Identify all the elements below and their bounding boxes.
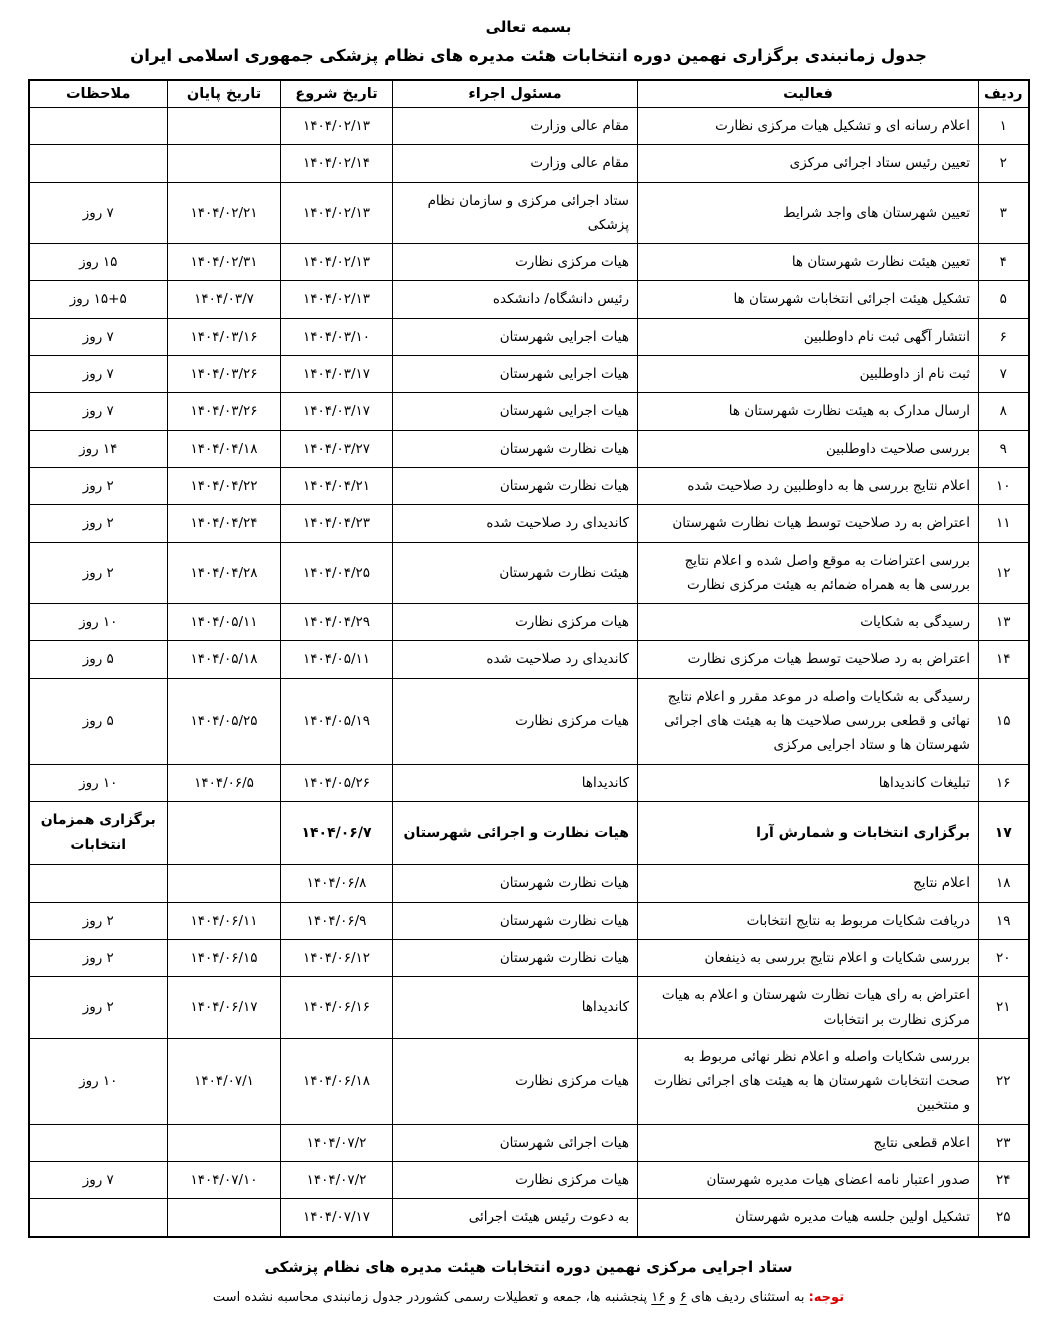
cell-row-number: ۴ [979,244,1029,281]
cell-end-date [168,1124,281,1161]
cell-activity: تعیین رئیس ستاد اجرائی مرکزی [638,145,979,182]
cell-notes [29,1199,168,1237]
cell-row-number: ۱۲ [979,542,1029,604]
cell-notes: برگزاری همزمان انتخابات [29,801,168,864]
cell-responsible: رئیس دانشگاه/ دانشکده [393,281,638,318]
table-row: ۱۰اعلام نتایج بررسی ها به داوطلبین رد صل… [29,467,1029,504]
cell-start-date: ۱۴۰۴/۰۳/۲۷ [281,430,393,467]
cell-activity: بررسی شکایات واصله و اعلام نظر نهائی مرب… [638,1038,979,1124]
table-row: ۲۱اعتراض به رای هیات نظارت شهرستان و اعل… [29,977,1029,1039]
cell-row-number: ۱۹ [979,902,1029,939]
cell-start-date: ۱۴۰۴/۰۶/۹ [281,902,393,939]
cell-row-number: ۱۵ [979,678,1029,764]
table-row: ۱۶تبلیغات کاندیداهاکاندیداها۱۴۰۴/۰۵/۲۶۱۴… [29,764,1029,801]
cell-notes: ۷ روز [29,182,168,244]
cell-notes: ۲ روز [29,467,168,504]
cell-start-date: ۱۴۰۴/۰۷/۲ [281,1124,393,1161]
cell-responsible: مقام عالی وزارت [393,108,638,145]
cell-responsible: هیات مرکزی نظارت [393,604,638,641]
table-row: ۴تعیین هیئت نظارت شهرستان هاهیات مرکزی ن… [29,244,1029,281]
note-text-before: به استثنای ردیف های [691,1290,805,1305]
cell-notes: ۱۵+۵ روز [29,281,168,318]
cell-row-number: ۲۱ [979,977,1029,1039]
cell-end-date: ۱۴۰۴/۰۳/۷ [168,281,281,318]
cell-activity: رسیدگی به شکایات [638,604,979,641]
table-row: ۱۷برگزاری انتخابات و شمارش آراهیات نظارت… [29,801,1029,864]
cell-row-number: ۱۶ [979,764,1029,801]
bismillah-text: بسمه تعالی [0,18,1057,36]
header-end-date: تاریخ پایان [168,80,281,108]
cell-end-date: ۱۴۰۴/۰۶/۱۵ [168,939,281,976]
table-row: ۹بررسی صلاحیت داوطلبینهیات نظارت شهرستان… [29,430,1029,467]
cell-notes: ۲ روز [29,505,168,542]
cell-end-date [168,145,281,182]
cell-notes: ۵ روز [29,641,168,678]
header-start-date: تاریخ شروع [281,80,393,108]
cell-notes: ۱۰ روز [29,604,168,641]
cell-activity: تعیین هیئت نظارت شهرستان ها [638,244,979,281]
cell-end-date: ۱۴۰۴/۰۷/۱۰ [168,1161,281,1198]
cell-activity: تشکیل اولین جلسه هیات مدیره شهرستان [638,1199,979,1237]
cell-activity: اعلام نتایج [638,865,979,902]
cell-end-date: ۱۴۰۴/۰۶/۵ [168,764,281,801]
cell-end-date: ۱۴۰۴/۰۴/۲۲ [168,467,281,504]
table-row: ۲۵تشکیل اولین جلسه هیات مدیره شهرستانبه … [29,1199,1029,1237]
schedule-table-body: ۱اعلام رسانه ای و تشکیل هیات مرکزی نظارت… [29,108,1029,1237]
note-row-ref-16: ۱۶ [651,1290,665,1305]
cell-responsible: هیات نظارت شهرستان [393,430,638,467]
cell-row-number: ۱۱ [979,505,1029,542]
cell-responsible: هیات اجرایی شهرستان [393,393,638,430]
cell-responsible: کاندیداها [393,977,638,1039]
note-label: توجه: [809,1290,844,1305]
cell-start-date: ۱۴۰۴/۰۶/۱۶ [281,977,393,1039]
cell-responsible: هیات مرکزی نظارت [393,1161,638,1198]
cell-row-number: ۱۷ [979,801,1029,864]
cell-start-date: ۱۴۰۴/۰۲/۱۳ [281,244,393,281]
cell-row-number: ۷ [979,356,1029,393]
cell-start-date: ۱۴۰۴/۰۴/۲۳ [281,505,393,542]
cell-row-number: ۱ [979,108,1029,145]
cell-notes: ۲ روز [29,939,168,976]
cell-end-date: ۱۴۰۴/۰۲/۳۱ [168,244,281,281]
cell-end-date: ۱۴۰۴/۰۵/۱۱ [168,604,281,641]
cell-end-date: ۱۴۰۴/۰۶/۱۷ [168,977,281,1039]
cell-responsible: هیات مرکزی نظارت [393,1038,638,1124]
footer-note-line: توجه: به استثنای ردیف های ۶ و ۱۶ پنجشنبه… [0,1290,1057,1305]
cell-activity: بررسی اعتراضات به موقع واصل شده و اعلام … [638,542,979,604]
cell-notes [29,1124,168,1161]
cell-responsible: کاندیدای رد صلاحیت شده [393,641,638,678]
cell-start-date: ۱۴۰۴/۰۶/۸ [281,865,393,902]
cell-notes: ۷ روز [29,1161,168,1198]
cell-activity: صدور اعتبار نامه اعضای هیات مدیره شهرستا… [638,1161,979,1198]
table-header-row: ردیف فعالیت مسئول اجراء تاریخ شروع تاریخ… [29,80,1029,108]
table-row: ۱اعلام رسانه ای و تشکیل هیات مرکزی نظارت… [29,108,1029,145]
cell-end-date: ۱۴۰۴/۰۳/۲۶ [168,393,281,430]
cell-activity: ثبت نام از داوطلبین [638,356,979,393]
cell-responsible: هیات مرکزی نظارت [393,244,638,281]
cell-activity: بررسی صلاحیت داوطلبین [638,430,979,467]
cell-start-date: ۱۴۰۴/۰۲/۱۴ [281,145,393,182]
cell-responsible: هیات نظارت شهرستان [393,865,638,902]
header-notes: ملاحظات [29,80,168,108]
cell-responsible: کاندیدای رد صلاحیت شده [393,505,638,542]
cell-activity: اعتراض به رای هیات نظارت شهرستان و اعلام… [638,977,979,1039]
cell-notes [29,108,168,145]
cell-start-date: ۱۴۰۴/۰۵/۱۱ [281,641,393,678]
cell-activity: برگزاری انتخابات و شمارش آرا [638,801,979,864]
cell-end-date: ۱۴۰۴/۰۲/۲۱ [168,182,281,244]
cell-start-date: ۱۴۰۴/۰۷/۱۷ [281,1199,393,1237]
cell-start-date: ۱۴۰۴/۰۶/۱۸ [281,1038,393,1124]
cell-responsible: هیات اجرائی شهرستان [393,1124,638,1161]
cell-notes: ۷ روز [29,318,168,355]
table-row: ۸ارسال مدارک به هیئت نظارت شهرستان هاهیا… [29,393,1029,430]
cell-row-number: ۱۰ [979,467,1029,504]
table-row: ۱۱اعتراض به رد صلاحیت توسط هیات نظارت شه… [29,505,1029,542]
cell-end-date: ۱۴۰۴/۰۵/۱۸ [168,641,281,678]
cell-notes [29,145,168,182]
footer-organization-line: ستاد اجرایی مرکزی نهمین دوره انتخابات هی… [0,1258,1057,1276]
cell-activity: ارسال مدارک به هیئت نظارت شهرستان ها [638,393,979,430]
table-row: ۱۸اعلام نتایجهیات نظارت شهرستان۱۴۰۴/۰۶/۸ [29,865,1029,902]
header-row-number: ردیف [979,80,1029,108]
cell-start-date: ۱۴۰۴/۰۴/۲۵ [281,542,393,604]
cell-responsible: هیات مرکزی نظارت [393,678,638,764]
cell-responsible: هیات اجرایی شهرستان [393,356,638,393]
table-row: ۱۴اعتراض به رد صلاحیت توسط هیات مرکزی نظ… [29,641,1029,678]
cell-start-date: ۱۴۰۴/۰۳/۱۷ [281,356,393,393]
table-row: ۲تعیین رئیس ستاد اجرائی مرکزیمقام عالی و… [29,145,1029,182]
cell-notes: ۱۴ روز [29,430,168,467]
cell-start-date: ۱۴۰۴/۰۵/۲۶ [281,764,393,801]
cell-notes: ۱۵ روز [29,244,168,281]
cell-responsible: مقام عالی وزارت [393,145,638,182]
cell-activity: تبلیغات کاندیداها [638,764,979,801]
cell-activity: اعلام قطعی نتایج [638,1124,979,1161]
cell-activity: اعلام نتایج بررسی ها به داوطلبین رد صلاح… [638,467,979,504]
cell-start-date: ۱۴۰۴/۰۳/۱۰ [281,318,393,355]
cell-row-number: ۲۵ [979,1199,1029,1237]
table-row: ۱۳رسیدگی به شکایاتهیات مرکزی نظارت۱۴۰۴/۰… [29,604,1029,641]
cell-notes: ۵ روز [29,678,168,764]
cell-activity: دریافت شکایات مربوط به نتایج انتخابات [638,902,979,939]
document-page: بسمه تعالی جدول زمانبندی برگزاری نهمین د… [0,0,1057,1325]
header-responsible: مسئول اجراء [393,80,638,108]
note-row-ref-6: ۶ [680,1290,687,1305]
cell-row-number: ۲ [979,145,1029,182]
cell-responsible: هیئت نظارت شهرستان [393,542,638,604]
cell-notes: ۲ روز [29,902,168,939]
cell-end-date [168,865,281,902]
cell-responsible: هیات نظارت و اجرائی شهرستان [393,801,638,864]
cell-start-date: ۱۴۰۴/۰۲/۱۳ [281,281,393,318]
cell-activity: انتشار آگهی ثبت نام داوطلبین [638,318,979,355]
cell-notes: ۷ روز [29,356,168,393]
cell-responsible: هیات نظارت شهرستان [393,902,638,939]
cell-row-number: ۱۸ [979,865,1029,902]
cell-responsible: ستاد اجرائی مرکزی و سازمان نظام پزشکی [393,182,638,244]
cell-end-date: ۱۴۰۴/۰۴/۲۸ [168,542,281,604]
cell-end-date: ۱۴۰۴/۰۷/۱ [168,1038,281,1124]
cell-end-date: ۱۴۰۴/۰۵/۲۵ [168,678,281,764]
cell-row-number: ۸ [979,393,1029,430]
table-row: ۲۲بررسی شکایات واصله و اعلام نظر نهائی م… [29,1038,1029,1124]
cell-row-number: ۲۳ [979,1124,1029,1161]
cell-activity: رسیدگی به شکایات واصله در موعد مقرر و اع… [638,678,979,764]
cell-start-date: ۱۴۰۴/۰۴/۲۹ [281,604,393,641]
cell-responsible: کاندیداها [393,764,638,801]
table-row: ۶انتشار آگهی ثبت نام داوطلبینهیات اجرایی… [29,318,1029,355]
cell-end-date: ۱۴۰۴/۰۴/۱۸ [168,430,281,467]
header-activity: فعالیت [638,80,979,108]
table-row: ۱۲بررسی اعتراضات به موقع واصل شده و اعلا… [29,542,1029,604]
table-row: ۲۳اعلام قطعی نتایجهیات اجرائی شهرستان۱۴۰… [29,1124,1029,1161]
note-conjunction: و [669,1290,675,1305]
cell-notes: ۷ روز [29,393,168,430]
cell-row-number: ۶ [979,318,1029,355]
cell-activity: تعیین شهرستان های واجد شرایط [638,182,979,244]
cell-end-date [168,801,281,864]
cell-end-date: ۱۴۰۴/۰۳/۲۶ [168,356,281,393]
cell-end-date: ۱۴۰۴/۰۶/۱۱ [168,902,281,939]
cell-notes [29,865,168,902]
cell-row-number: ۹ [979,430,1029,467]
cell-activity: اعتراض به رد صلاحیت توسط هیات مرکزی نظار… [638,641,979,678]
cell-notes: ۲ روز [29,542,168,604]
cell-row-number: ۲۴ [979,1161,1029,1198]
cell-notes: ۲ روز [29,977,168,1039]
cell-activity: بررسی شکایات و اعلام نتایج بررسی به ذینف… [638,939,979,976]
cell-start-date: ۱۴۰۴/۰۲/۱۳ [281,182,393,244]
cell-responsible: هیات نظارت شهرستان [393,939,638,976]
table-row: ۱۵رسیدگی به شکایات واصله در موعد مقرر و … [29,678,1029,764]
cell-row-number: ۵ [979,281,1029,318]
table-row: ۵تشکیل هیئت اجرائی انتخابات شهرستان هارئ… [29,281,1029,318]
cell-start-date: ۱۴۰۴/۰۳/۱۷ [281,393,393,430]
table-row: ۳تعیین شهرستان های واجد شرایطستاد اجرائی… [29,182,1029,244]
cell-start-date: ۱۴۰۴/۰۶/۷ [281,801,393,864]
cell-row-number: ۳ [979,182,1029,244]
cell-row-number: ۲۲ [979,1038,1029,1124]
cell-responsible: هیات اجرایی شهرستان [393,318,638,355]
table-row: ۲۴صدور اعتبار نامه اعضای هیات مدیره شهرس… [29,1161,1029,1198]
cell-row-number: ۱۴ [979,641,1029,678]
table-row: ۲۰بررسی شکایات و اعلام نتایج بررسی به ذی… [29,939,1029,976]
cell-start-date: ۱۴۰۴/۰۷/۲ [281,1161,393,1198]
cell-start-date: ۱۴۰۴/۰۵/۱۹ [281,678,393,764]
cell-notes: ۱۰ روز [29,764,168,801]
cell-responsible: هیات نظارت شهرستان [393,467,638,504]
cell-end-date [168,1199,281,1237]
cell-end-date: ۱۴۰۴/۰۳/۱۶ [168,318,281,355]
table-row: ۷ثبت نام از داوطلبینهیات اجرایی شهرستان۱… [29,356,1029,393]
cell-responsible: به دعوت رئیس هیئت اجرائی [393,1199,638,1237]
election-schedule-table: ردیف فعالیت مسئول اجراء تاریخ شروع تاریخ… [28,79,1030,1238]
cell-end-date: ۱۴۰۴/۰۴/۲۴ [168,505,281,542]
cell-end-date [168,108,281,145]
cell-row-number: ۲۰ [979,939,1029,976]
cell-start-date: ۱۴۰۴/۰۲/۱۳ [281,108,393,145]
note-text-after: پنجشنبه ها، جمعه و تعطیلات رسمی کشوردر ج… [213,1290,647,1305]
cell-activity: تشکیل هیئت اجرائی انتخابات شهرستان ها [638,281,979,318]
cell-row-number: ۱۳ [979,604,1029,641]
table-row: ۱۹دریافت شکایات مربوط به نتایج انتخاباته… [29,902,1029,939]
cell-start-date: ۱۴۰۴/۰۶/۱۲ [281,939,393,976]
page-title: جدول زمانبندی برگزاری نهمین دوره انتخابا… [0,46,1057,65]
cell-start-date: ۱۴۰۴/۰۴/۲۱ [281,467,393,504]
cell-notes: ۱۰ روز [29,1038,168,1124]
cell-activity: اعلام رسانه ای و تشکیل هیات مرکزی نظارت [638,108,979,145]
cell-activity: اعتراض به رد صلاحیت توسط هیات نظارت شهرس… [638,505,979,542]
